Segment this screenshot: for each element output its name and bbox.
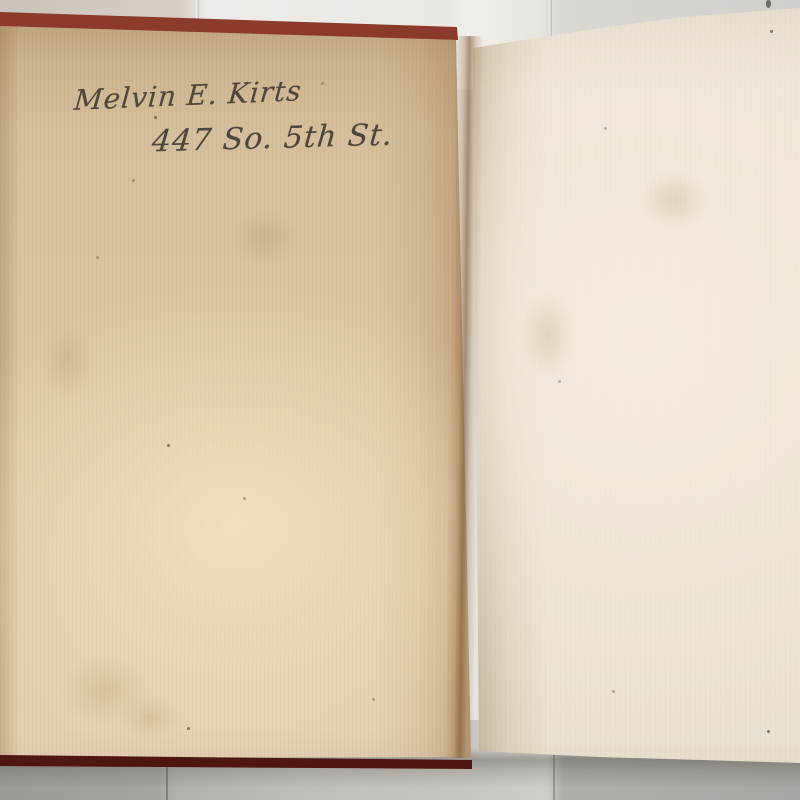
paper-stain: [520, 290, 575, 380]
paper-speck: [612, 690, 615, 693]
paper-speck: [167, 444, 170, 447]
paper-speck: [132, 179, 135, 182]
handwritten-address: 447 So. 5th St.: [150, 118, 394, 160]
paper-stain: [640, 170, 710, 230]
paper-speck: [96, 256, 99, 259]
paper-stain: [120, 695, 180, 740]
paper-speck: [372, 698, 375, 701]
paper-speck: [558, 380, 561, 383]
photo-open-book: Melvin E. Kirts 447 So. 5th St.: [0, 0, 800, 800]
paper-speck: [767, 730, 770, 733]
paper-stain: [40, 320, 95, 400]
paper-speck: [604, 127, 607, 130]
paper-speck: [770, 30, 773, 33]
paper-speck: [187, 727, 190, 730]
paper-speck: [243, 497, 246, 500]
paper-speck: [154, 116, 157, 119]
paper-speck: [321, 82, 324, 85]
tile-speck: [766, 0, 771, 8]
paper-stain: [230, 210, 300, 265]
